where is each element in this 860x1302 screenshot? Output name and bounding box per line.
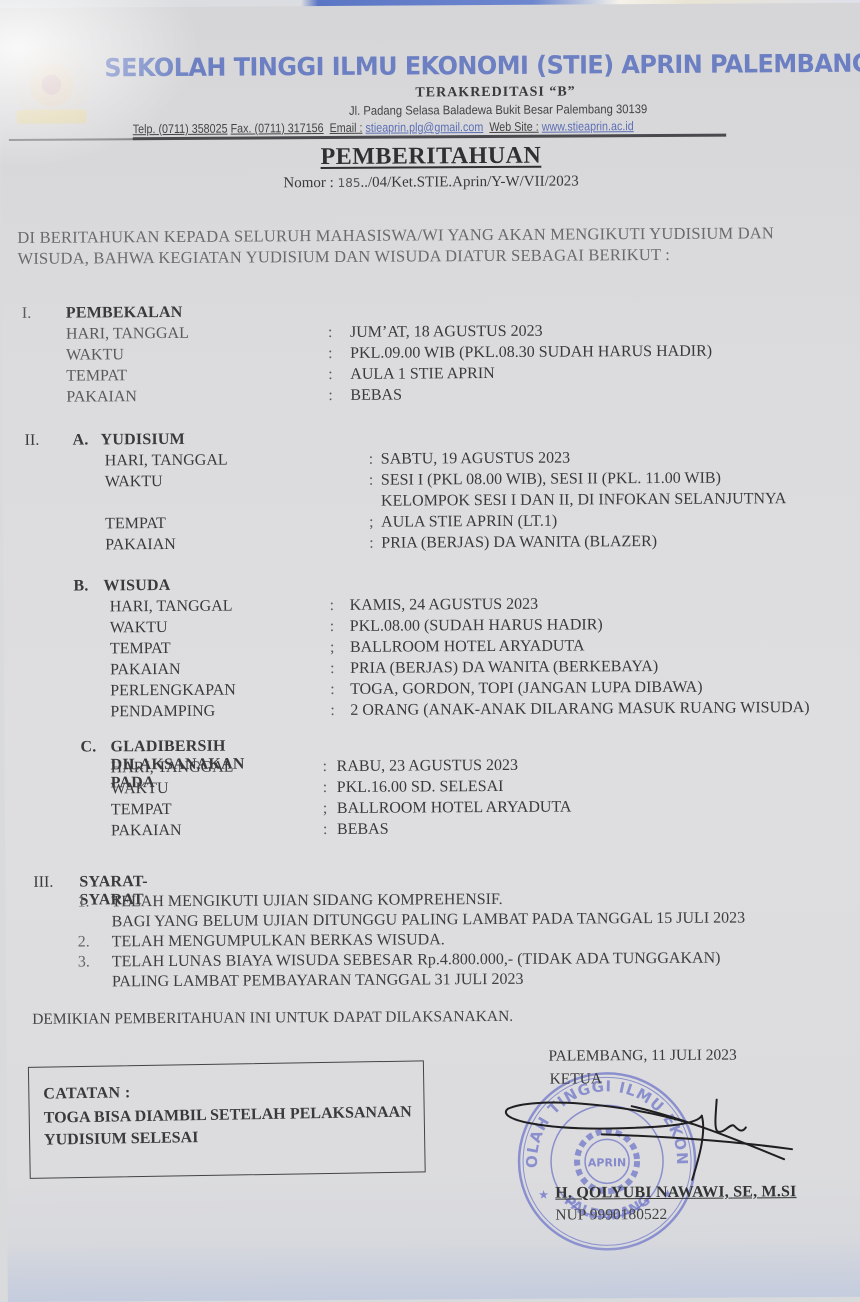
section-number: II. (25, 432, 40, 450)
row-value: SESI I (PKL 08.00 WIB), SESI II (PKL. 11… (381, 470, 721, 490)
row-label: PAKAIAN (111, 822, 182, 840)
intro-paragraph: DI BERITAHUKAN KEPADA SELURUH MAHASISWA/… (17, 222, 847, 269)
requirement-text: TELAH LUNAS BIAYA WISUDA SEBESAR Rp.4.80… (112, 950, 721, 972)
place-date: PALEMBANG, 11 JULI 2023 (548, 1047, 736, 1066)
row-separator: : (328, 345, 333, 363)
row-separator: : (369, 535, 374, 553)
subsection-letter: A. (73, 431, 89, 449)
requirement-text: BAGI YANG BELUM UJIAN DITUNGGU PALING LA… (112, 909, 746, 931)
section-heading: PEMBEKALAN (66, 304, 183, 323)
row-value: PKL.16.00 SD. SELESAI (337, 778, 504, 797)
row-value: SABTU, 19 AGUSTUS 2023 (381, 450, 570, 469)
row-value: PKL.08.00 (SUDAH HARUS HADIR) (350, 616, 603, 636)
row-value: BEBAS (337, 821, 389, 839)
row-value: TOGA, GORDON, TOPI (JANGAN LUPA DIBAWA) (350, 679, 702, 699)
row-value: BALLROOM HOTEL ARYADUTA (337, 799, 572, 818)
row-separator: : (369, 472, 374, 490)
nomor-label: Nomor : (283, 175, 334, 191)
row-label: WAKTU (105, 473, 163, 491)
row-label: HARI, TANGGAL (66, 325, 189, 344)
row-label: HARI, TANGGAL (111, 759, 234, 778)
row-label: TEMPAT (110, 640, 171, 658)
phone: Telp. (0711) 358025 (133, 122, 228, 137)
nomor-rest: ../04/Ket.STIE.Aprin/Y-W/VII/2023 (360, 173, 578, 190)
contact-line: Telp. (0711) 358025 Fax. (0711) 317156 E… (133, 118, 727, 141)
requirement-number: 3. (78, 953, 90, 971)
title-text: PEMBERITAHUAN (320, 143, 541, 170)
signature-icon (502, 1093, 803, 1185)
row-separator: : (323, 779, 328, 797)
email-label: Email : (330, 121, 363, 135)
closing-statement: DEMIKIAN PEMBERITAHUAN INI UNTUK DAPAT D… (32, 1008, 513, 1029)
row-label: WAKTU (66, 346, 124, 364)
row-value: 2 ORANG (ANAK-ANAK DILARANG MASUK RUANG … (350, 699, 809, 720)
note-text: TOGA BISA DIAMBIL SETELAH PELAKSANAAN YU… (44, 1102, 413, 1152)
row-value: AULA STIE APRIN (LT.1) (381, 513, 557, 532)
svg-text:★: ★ (538, 1188, 549, 1202)
section-number: I. (22, 305, 31, 323)
row-value: PRIA (BERJAS) DA WANITA (BLAZER) (381, 533, 657, 553)
letterhead-rule (9, 138, 134, 141)
requirement-number: 1. (77, 893, 89, 911)
row-separator: : (323, 821, 328, 839)
row-value: BEBAS (350, 387, 402, 405)
row-value: PKL.09.00 WIB (PKL.08.30 SUDAH HARUS HAD… (350, 343, 712, 363)
row-label: WAKTU (111, 780, 169, 798)
letter-number: Nomor : 185../04/Ket.STIE.Aprin/Y-W/VII/… (1, 172, 860, 194)
row-label: WAKTU (110, 619, 168, 637)
row-label: PENDAMPING (110, 703, 215, 722)
row-separator: : (330, 702, 335, 720)
row-value: PRIA (BERJAS) DA WANITA (BERKEBAYA) (350, 658, 658, 678)
email-link[interactable]: stieaprin.plg@gmail.com (365, 120, 483, 135)
note-title: CATATAN : (43, 1084, 131, 1103)
row-separator: ; (369, 514, 374, 532)
row-value: KELOMPOK SESI I DAN II, DI INFOKAN SELAN… (381, 490, 786, 510)
page-title: PEMBERITAHUAN (1, 141, 860, 173)
row-separator: : (323, 758, 328, 776)
row-label: HARI, TANGGAL (110, 598, 233, 617)
row-separator: : (330, 597, 335, 615)
section-number: III. (33, 874, 53, 892)
row-separator: : (330, 681, 335, 699)
institution-name: SEKOLAH TINGGI ILMU EKONOMI (STIE) APRIN… (104, 49, 776, 82)
row-separator: ; (323, 800, 328, 818)
section-heading: WISUDA (103, 577, 170, 595)
requirement-text: TELAH MENGIKUTI UJIAN SIDANG KOMPREHENSI… (111, 891, 502, 911)
requirement-text: TELAH MENGUMPULKAN BERKAS WISUDA. (112, 931, 445, 951)
section-heading: YUDISIUM (101, 431, 185, 450)
requirement-text: PALING LAMBAT PEMBAYARAN TANGGAL 31 JULI… (112, 971, 524, 992)
row-label: TEMPAT (105, 515, 166, 533)
photo-shadow (8, 1237, 860, 1302)
row-value: AULA 1 STIE APRIN (350, 365, 495, 384)
row-label: HARI, TANGGAL (105, 452, 228, 471)
signer-name: H. QOLYUBI NAWAWI, SE, M.SI (555, 1183, 796, 1202)
nomor-handwritten: 185 (338, 176, 361, 190)
row-separator: : (328, 366, 333, 384)
row-value: KAMIS, 24 AGUSTUS 2023 (350, 596, 539, 615)
row-separator: : (328, 324, 333, 342)
signer-id: NUP 9990180522 (555, 1206, 667, 1225)
document-page: SEKOLAH TINGGI ILMU EKONOMI (STIE) APRIN… (0, 3, 860, 1302)
row-value: BALLROOM HOTEL ARYADUTA (350, 637, 585, 656)
subsection-letter: B. (73, 577, 88, 595)
requirement-number: 2. (78, 933, 90, 951)
row-label: TEMPAT (66, 367, 127, 385)
signer-position: KETUA (550, 1070, 603, 1088)
row-label: PAKAIAN (110, 661, 181, 679)
fax: Fax. (0711) 317156 (231, 121, 324, 136)
row-separator: : (369, 451, 374, 469)
row-label: PAKAIAN (105, 536, 176, 554)
row-separator: : (328, 387, 333, 405)
row-label: PAKAIAN (66, 388, 137, 406)
row-value: RABU, 23 AGUSTUS 2023 (337, 757, 518, 776)
row-separator: ; (330, 639, 335, 657)
row-label: PERLENGKAPAN (110, 682, 236, 701)
row-label: TEMPAT (111, 801, 172, 819)
row-separator: : (330, 660, 335, 678)
note-box: CATATAN : TOGA BISA DIAMBIL SETELAH PELA… (28, 1060, 426, 1179)
subsection-letter: C. (80, 738, 96, 756)
web-label: Web Site : (489, 120, 538, 134)
row-separator: : (330, 618, 335, 636)
web-link[interactable]: www.stieaprin.ac.id (542, 119, 634, 134)
row-value: JUM’AT, 18 AGUSTUS 2023 (350, 323, 543, 342)
